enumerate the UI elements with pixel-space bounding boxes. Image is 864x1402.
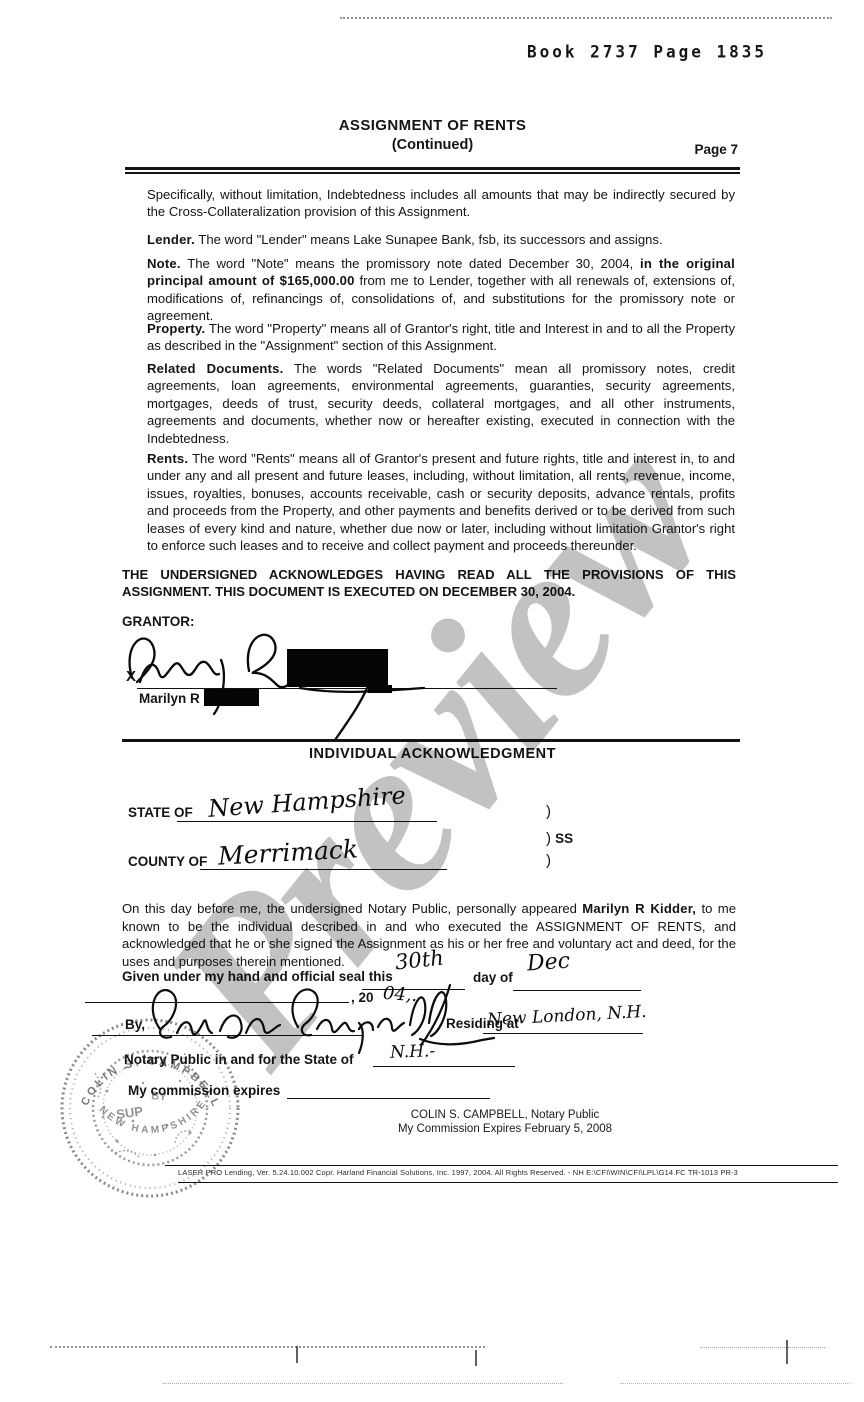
redaction-box-signature bbox=[287, 649, 388, 687]
paragraph-related-documents: Related Documents. The words "Related Do… bbox=[147, 360, 735, 447]
notary-state-line bbox=[373, 1066, 515, 1067]
scan-artifact-bottom-3 bbox=[163, 1383, 563, 1384]
paragraph-indebtedness: Specifically, without limitation, Indebt… bbox=[147, 186, 735, 221]
redaction-box-signature-step bbox=[368, 685, 392, 693]
county-of-label: COUNTY OF bbox=[128, 854, 207, 869]
commission-label: My commission expires bbox=[128, 1083, 280, 1098]
scan-artifact-bottom-2 bbox=[700, 1347, 825, 1348]
scan-tick-1 bbox=[296, 1346, 298, 1363]
paren-3: ) bbox=[546, 852, 551, 869]
notary-stamp-text: COLIN S. CAMPBELL, Notary Public My Comm… bbox=[330, 1108, 680, 1136]
residing-line bbox=[483, 1033, 643, 1034]
paren-1: ) bbox=[546, 803, 551, 820]
footer-rule-top bbox=[165, 1165, 838, 1166]
notary-name-line: COLIN S. CAMPBELL, Notary Public bbox=[330, 1108, 680, 1122]
scan-artifact-bottom-1 bbox=[50, 1346, 485, 1348]
notary-expiry-line: My Commission Expires February 5, 2008 bbox=[330, 1122, 680, 1136]
term-property: Property. bbox=[147, 321, 205, 336]
term-lender: Lender. bbox=[147, 232, 195, 247]
redaction-box-name bbox=[204, 689, 259, 706]
seal-center-text-1: SUP bbox=[115, 1103, 144, 1122]
title-divider bbox=[125, 167, 740, 174]
ss-label: SS bbox=[555, 831, 573, 846]
given-month-value: Dec bbox=[526, 949, 571, 977]
commission-line bbox=[287, 1098, 490, 1099]
given-month-line bbox=[513, 990, 641, 991]
term-rents: Rents. bbox=[147, 451, 188, 466]
state-of-label: STATE OF bbox=[128, 805, 193, 820]
page-number: Page 7 bbox=[640, 142, 738, 157]
scan-tick-3 bbox=[786, 1340, 788, 1364]
paragraph-note: Note. The word "Note" means the promisso… bbox=[147, 255, 735, 325]
book-page-stamp: Book 2737 Page 1835 bbox=[527, 41, 767, 62]
scan-artifact-top bbox=[340, 17, 832, 19]
footer-rule-bottom bbox=[178, 1182, 838, 1183]
state-of-value: New Hampshire bbox=[207, 781, 406, 823]
svg-text:NEW HAMPSHIRE: NEW HAMPSHIRE bbox=[97, 1097, 210, 1136]
county-of-value: Merrimack bbox=[217, 834, 358, 870]
term-related-documents: Related Documents. bbox=[147, 361, 284, 376]
appeared-name: Marilyn R Kidder, bbox=[582, 901, 696, 916]
document-title: ASSIGNMENT OF RENTS bbox=[125, 117, 740, 134]
paragraph-rents: Rents. The word "Rents" means all of Gra… bbox=[147, 450, 735, 554]
paragraph-lender: Lender. The word "Lender" means Lake Sun… bbox=[147, 231, 735, 248]
undersigned-statement: THE UNDERSIGNED ACKNOWLEDGES HAVING READ… bbox=[122, 566, 736, 601]
footer-fine-print: LASER PRO Lending, Ver. 5.24.10.002 Copr… bbox=[178, 1168, 740, 1177]
paren-2: ) SS bbox=[546, 830, 573, 847]
term-note: Note. bbox=[147, 256, 181, 271]
seal-arc-bottom-text: NEW HAMPSHIRE bbox=[97, 1097, 210, 1136]
scan-artifact-bottom-4 bbox=[620, 1383, 850, 1384]
scan-tick-2 bbox=[475, 1350, 477, 1366]
paragraph-property: Property. The word "Property" means all … bbox=[147, 320, 735, 355]
notary-signature bbox=[140, 977, 500, 1057]
given-day-value: 30th bbox=[394, 946, 445, 975]
residing-value: New London, N.H. bbox=[487, 1002, 647, 1030]
